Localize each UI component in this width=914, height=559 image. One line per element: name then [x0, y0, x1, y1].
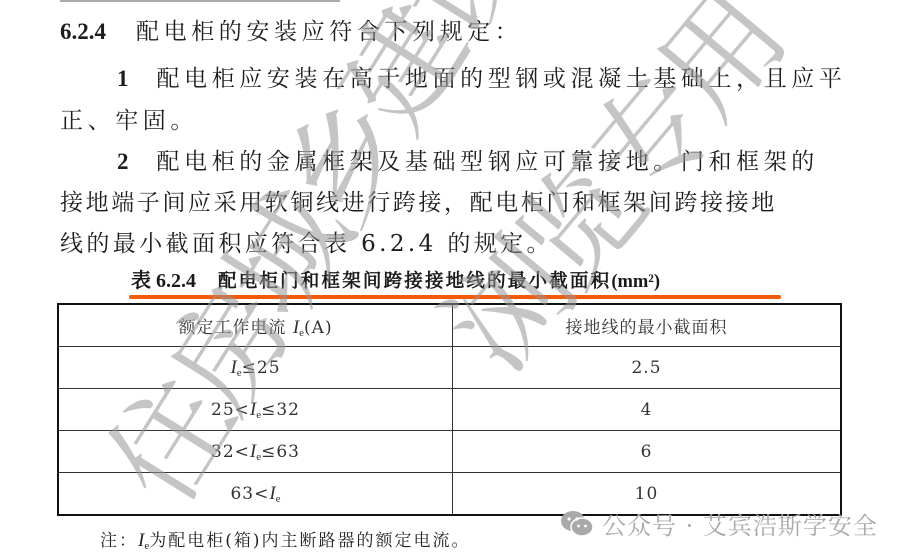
clause-2-line-2: 接地端子间应采用软铜线进行跨接，配电柜门和框架间跨接接地 — [60, 184, 777, 217]
range-post: ≤25 — [242, 358, 281, 378]
table-caption-title: 配电柜门和框架间跨接接地线的最小截面积 — [218, 271, 611, 292]
clipped-previous-line — [60, 0, 360, 4]
current-range-cell: 32<Ie≤63 — [58, 431, 453, 473]
ie-symbol: Ie — [138, 530, 149, 551]
range-post: ≤63 — [261, 442, 300, 462]
current-range-cell: Ie≤25 — [58, 347, 453, 389]
clause-2-line-3: 线的最小截面积应符合表 6.2.4 的规定。 — [60, 225, 553, 258]
table-header-row: 额定工作电流 Ie(A) 接地线的最小截面积 — [58, 304, 841, 347]
wechat-icon — [560, 510, 594, 538]
current-range-cell: 25<Ie≤32 — [58, 389, 453, 431]
cross-section-value: 2.5 — [453, 347, 842, 389]
ie-symbol: Ie — [293, 317, 304, 338]
clause-2-line-1: 2配电柜的金属框架及基础型钢应可靠接地。门和框架的 — [117, 143, 819, 176]
section-heading: 6.2.4配电柜的安装应符合下列规定： — [60, 13, 522, 46]
ie-symbol: Ie — [250, 399, 261, 420]
table-row: 32<Ie≤63 6 — [58, 431, 841, 473]
range-pre: 25< — [211, 400, 250, 420]
cross-section-value: 4 — [453, 389, 842, 431]
caption-highlight-underline — [129, 295, 781, 299]
range-pre: 63< — [230, 484, 269, 504]
table-caption: 表 6.2.4配电柜门和框架间跨接接地线的最小截面积(mm²) — [131, 264, 660, 293]
table-caption-number: 表 6.2.4 — [131, 270, 196, 292]
cross-section-table: 额定工作电流 Ie(A) 接地线的最小截面积 Ie≤25 2.5 25<Ie≤3… — [57, 303, 842, 516]
clause-1-number: 1 — [117, 66, 129, 91]
table-row: Ie≤25 2.5 — [58, 347, 841, 389]
ie-symbol: Ie — [250, 441, 261, 462]
note-text: 为配电柜(箱)内主断路器的额定电流。 — [149, 531, 470, 551]
clause-1-text: 配电柜应安装在高于地面的型钢或混凝土基础上，且应平 — [157, 66, 847, 92]
header-rated-current: 额定工作电流 Ie(A) — [58, 304, 453, 347]
subscript: e — [276, 493, 281, 505]
ie-symbol: Ie — [230, 357, 241, 378]
header-text: 额定工作电流 — [178, 318, 292, 338]
clause-2-number: 2 — [117, 149, 129, 174]
table-note: 注：Ie为配电柜(箱)内主断路器的额定电流。 — [100, 526, 470, 552]
note-prefix: 注： — [100, 531, 138, 551]
range-pre: 32< — [211, 442, 250, 462]
credit-text: 公众号 · 艾宾浩斯学安全 — [602, 506, 878, 541]
section-number: 6.2.4 — [60, 19, 106, 44]
current-range-cell: 63<Ie — [58, 473, 453, 516]
unit: (A) — [304, 318, 333, 338]
wechat-credit: 公众号 · 艾宾浩斯学安全 — [560, 506, 878, 541]
clause-1-line-1: 1配电柜应安装在高于地面的型钢或混凝土基础上，且应平 — [117, 60, 847, 93]
section-title: 配电柜的安装应符合下列规定： — [136, 19, 522, 45]
clause-2-text: 配电柜的金属框架及基础型钢应可靠接地。门和框架的 — [157, 149, 819, 175]
table-row: 25<Ie≤32 4 — [58, 389, 841, 431]
header-min-cross-section: 接地线的最小截面积 — [453, 304, 842, 347]
clause-1-line-2: 正、牢固。 — [60, 102, 198, 135]
table-caption-unit: (mm²) — [611, 272, 660, 292]
ie-symbol: Ie — [269, 483, 280, 504]
range-post: ≤32 — [261, 400, 300, 420]
cross-section-value: 6 — [453, 431, 842, 473]
